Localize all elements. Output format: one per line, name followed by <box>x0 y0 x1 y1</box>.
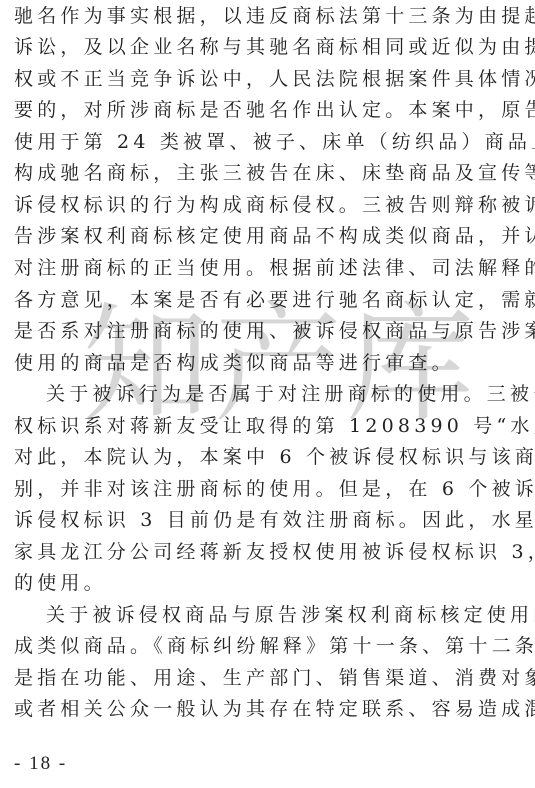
text-line: 成类似商品。《商标纠纷解释》第十一条、第十二条规定，类似商品 <box>14 634 496 658</box>
text-line: 是否系对注册商标的使用、被诉侵权商品与原告涉案权利商标核定 <box>14 319 496 343</box>
text-line: 告涉案权利商标核定使用商品不构成类似商品，并认为被诉行为系 <box>14 224 496 248</box>
text-line: 是指在功能、用途、生产部门、销售渠道、消费对象等方面相同， <box>14 666 496 690</box>
page-number: - 18 - <box>14 752 67 776</box>
text-line: 别，并非对该注册商标的使用。但是，在 6 个被诉侵权标识中，被 <box>14 477 496 501</box>
text-line: 的使用。 <box>14 571 496 595</box>
text-line: 各方意见，本案是否有必要进行驰名商标认定，需就相关被诉行为 <box>14 288 496 312</box>
text-line: 或者相关公众一般认为其存在特定联系、容易造成混淆的商品。人 <box>14 697 496 721</box>
text-line: 对此，本院认为，本案中 6 个被诉侵权标识与该商标均存在较大区 <box>14 445 496 469</box>
text-line: 使用的商品是否构成类似商品等进行审查。 <box>14 351 496 375</box>
text-line: 诉侵权标识 3 目前仍是有效注册商标。因此，水星家具公司、水星 <box>14 508 496 532</box>
text-line: 权标识系对蒋新友受让取得的第 1208390 号“水星”商标的使用。 <box>14 414 496 438</box>
text-line: 要的，对所涉商标是否驰名作出认定。本案中，原告主张其注册并 <box>14 98 496 122</box>
document-page: 知产库 驰名作为事实根据，以违反商标法第十三条为由提起的侵犯商标权诉讼，及以企业… <box>0 0 535 788</box>
text-line: 诉侵权标识的行为构成商标侵权。三被告则辩称被诉侵权商品与原 <box>14 193 496 217</box>
text-line: 驰名作为事实根据，以违反商标法第十三条为由提起的侵犯商标权 <box>14 4 496 28</box>
text-line: 关于被诉行为是否属于对注册商标的使用。三被告辩称被诉侵 <box>46 382 496 406</box>
text-line: 诉讼，及以企业名称与其驰名商标相同或近似为由提起的侵犯商标 <box>14 35 496 59</box>
text-line: 权或不正当竞争诉讼中，人民法院根据案件具体情况，认为确有必 <box>14 67 496 91</box>
text-line: 构成驰名商标，主张三被告在床、床垫商品及宣传等处使用 6 个被 <box>14 161 496 185</box>
text-line: 关于被诉侵权商品与原告涉案权利商标核定使用的商品是否构 <box>46 603 496 627</box>
text-line: 使用于第 24 类被罩、被子、床单（纺织品）商品上的涉案权利商标 <box>14 130 496 154</box>
text-line: 对注册商标的正当使用。根据前述法律、司法解释的规定，并结合 <box>14 256 496 280</box>
text-line: 家具龙江分公司经蒋新友授权使用被诉侵权标识 3，属于对注册商标 <box>14 540 496 564</box>
